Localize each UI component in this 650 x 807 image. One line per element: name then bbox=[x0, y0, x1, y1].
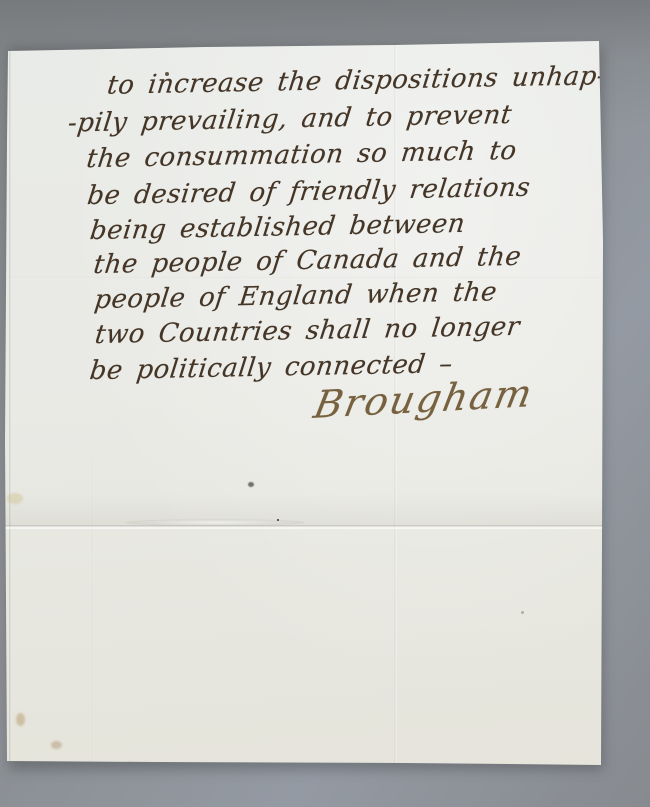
signature: Brougham bbox=[312, 377, 537, 421]
letter-line: to increase the dispositions unhap- bbox=[105, 60, 608, 102]
letter-line: the consummation so much to bbox=[85, 135, 519, 175]
letter-line: be desired of friendly relations bbox=[86, 172, 533, 213]
letter-line: the people of Canada and the bbox=[92, 241, 523, 281]
letter-sheet: to increase the dispositions unhap- -pil… bbox=[5, 41, 604, 766]
letter-line: two Countries shall no longer bbox=[93, 311, 521, 351]
letter-line: being established between bbox=[88, 208, 467, 247]
letter-line: people of England when the bbox=[93, 276, 499, 316]
letter-body: to increase the dispositions unhap- -pil… bbox=[4, 31, 617, 767]
photo-background: to increase the dispositions unhap- -pil… bbox=[0, 0, 650, 807]
letter-line: -pily prevailing, and to prevent bbox=[66, 99, 514, 140]
